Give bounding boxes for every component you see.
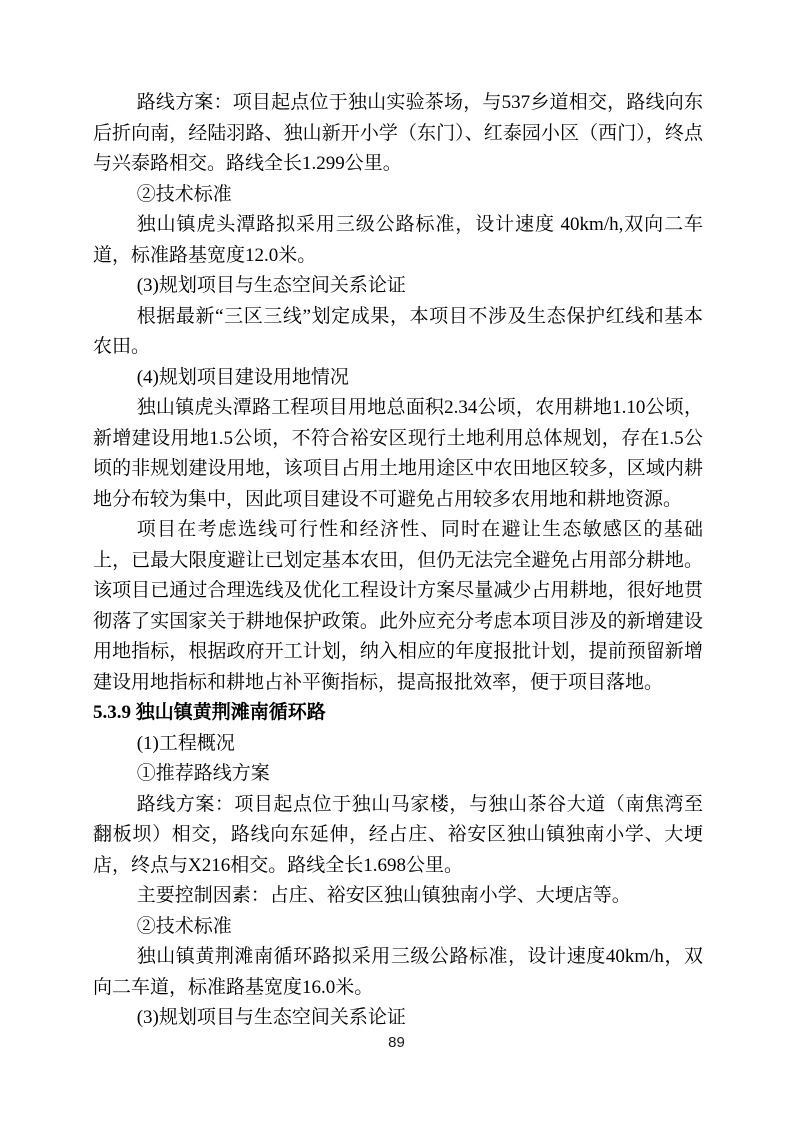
paragraph: (1)工程概况 [93, 729, 703, 760]
paragraph: (4)规划项目建设用地情况 [93, 363, 703, 394]
paragraph: 项目在考虑选线可行性和经济性、同时在避让生态敏感区的基础上，已最大限度避让已划定… [93, 515, 703, 698]
paragraph: 独山镇虎头潭路工程项目用地总面积2.34公顷，农用耕地1.10公顷，新增建设用地… [93, 393, 703, 515]
paragraph: 主要控制因素：占庄、裕安区独山镇独南小学、大埂店等。 [93, 881, 703, 912]
section-heading: 5.3.9 独山镇黄荆滩南循环路 [93, 698, 703, 729]
paragraph: 独山镇虎头潭路拟采用三级公路标准，设计速度 40km/h,双向二车道，标准路基宽… [93, 210, 703, 271]
paragraph: ②技术标准 [93, 912, 703, 943]
page-number: 89 [0, 1034, 793, 1051]
paragraph: ②技术标准 [93, 180, 703, 211]
paragraph: ①推荐路线方案 [93, 759, 703, 790]
document-page: 路线方案：项目起点位于独山实验茶场，与537乡道相交，路线向东后折向南，经陆羽路… [0, 0, 793, 1122]
document-content: 路线方案：项目起点位于独山实验茶场，与537乡道相交，路线向东后折向南，经陆羽路… [93, 88, 703, 1034]
paragraph: 根据最新“三区三线”划定成果，本项目不涉及生态保护红线和基本农田。 [93, 302, 703, 363]
paragraph: 路线方案：项目起点位于独山实验茶场，与537乡道相交，路线向东后折向南，经陆羽路… [93, 88, 703, 180]
paragraph: (3)规划项目与生态空间关系论证 [93, 271, 703, 302]
paragraph: 独山镇黄荆滩南循环路拟采用三级公路标准，设计速度40km/h，双向二车道，标准路… [93, 942, 703, 1003]
paragraph: (3)规划项目与生态空间关系论证 [93, 1003, 703, 1034]
paragraph: 路线方案：项目起点位于独山马家楼，与独山茶谷大道（南焦湾至翻板坝）相交，路线向东… [93, 790, 703, 882]
